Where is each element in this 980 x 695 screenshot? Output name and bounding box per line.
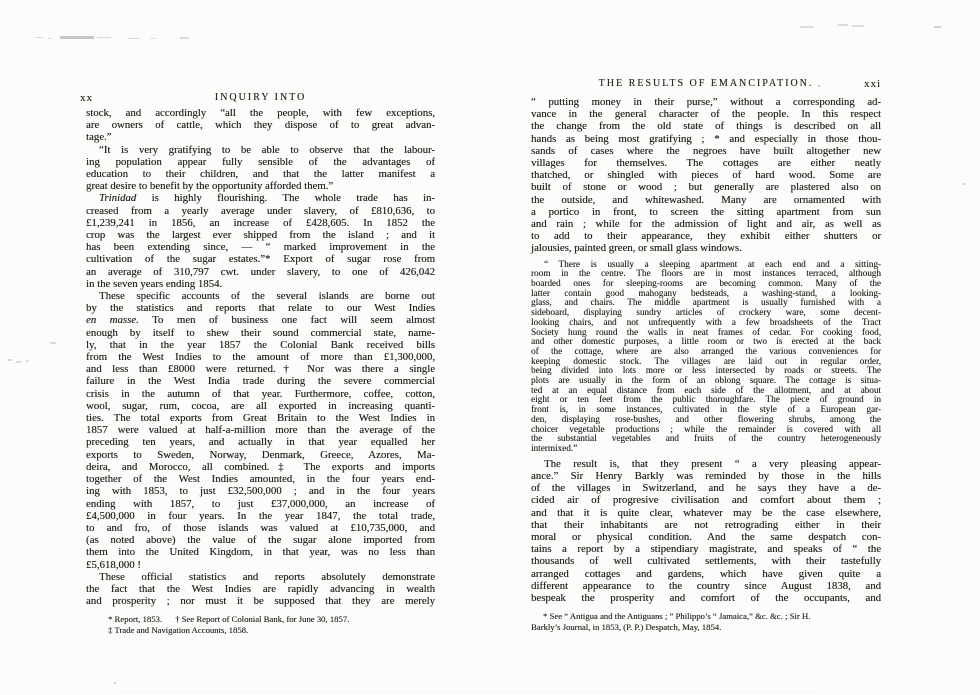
text-line: cultivation of the sugar estates.”* Expo… — [86, 253, 435, 265]
paragraph: stock, and accordingly “all the people, … — [86, 107, 435, 144]
text-line: vance in the general character of the pe… — [531, 108, 881, 120]
scan-artifact — [50, 342, 56, 344]
text-line: the outside, and whitewashed. Many are o… — [531, 194, 881, 206]
paragraph: Trinidad is highly flourishing. The whol… — [86, 192, 435, 290]
paragraph: These official statistics and reports ab… — [86, 571, 435, 608]
text-line: £4,500,000 in four years. In the year 18… — [86, 510, 435, 522]
text-line: crisis in the autumn of that year. Furth… — [86, 388, 435, 400]
text-line: Trinidad is highly flourishing. The whol… — [86, 192, 435, 204]
text-line: ing population appear fully sensible of … — [86, 156, 435, 168]
footnote-line: * Report, 1853. † See Report of Colonial… — [108, 614, 435, 625]
paragraph: These specific accounts of the several i… — [86, 290, 435, 571]
text-line: of the villages in Switzerland, and he s… — [531, 482, 881, 494]
text-line: “It is very gratifying to be able to obs… — [86, 144, 435, 156]
right-running-head: THE RESULTS OF EMANCIPATION. xxi — [531, 78, 881, 92]
text-line: stock, and accordingly “all the people, … — [86, 107, 435, 119]
text-line: to and fro, of those islands was valued … — [86, 522, 435, 534]
paragraph: “ putting money in their purse,” without… — [531, 96, 881, 255]
text-line: jalousies, painted green, or small glass… — [531, 242, 881, 254]
text-line: together of the West Indies amounted, in… — [86, 473, 435, 485]
scan-artifact — [16, 361, 22, 363]
text-line: tains a report by a stipendiary magistra… — [531, 543, 881, 555]
text-line: by the statistics and reports that relat… — [86, 302, 435, 314]
left-running-head: xx INQUIRY INTO — [86, 92, 435, 106]
text-line: The result is, that they present “ a ver… — [531, 458, 881, 470]
left-page-number: xx — [80, 92, 93, 104]
text-line: moral or physical condition. And the sam… — [531, 531, 881, 543]
text-line: them into the United Kingdom, in that ye… — [86, 546, 435, 558]
scan-artifact — [8, 359, 12, 361]
right-running-title: THE RESULTS OF EMANCIPATION. — [531, 78, 881, 89]
text-line: These official statistics and reports ab… — [86, 571, 435, 583]
text-line: 1857 were valued at half-a-million more … — [86, 424, 435, 436]
footnote-line: Barkly’s Journal, in 1853, (P. P.) Despa… — [531, 622, 881, 633]
text-line: “ putting money in their purse,” without… — [531, 96, 881, 108]
paragraph: “It is very gratifying to be able to obs… — [86, 144, 435, 193]
text-line: in the seven years ending 1854. — [86, 278, 435, 290]
text-line: wool, sugar, rum, cocoa, are all exporte… — [86, 400, 435, 412]
text-line: hands as being most gratifying ; * and e… — [531, 133, 881, 145]
text-line: and less than £8000 were returned.† Nor … — [86, 363, 435, 375]
right-page: THE RESULTS OF EMANCIPATION. xxi “ putti… — [531, 0, 881, 695]
text-line: from the West Indies to the amount of mo… — [86, 351, 435, 363]
scan-artifact — [963, 183, 966, 185]
text-line: built of stone or wood ; but generally a… — [531, 181, 881, 193]
text-line: the substantial vegetables and fruits of… — [531, 434, 881, 444]
left-page: xx INQUIRY INTO stock, and accordingly “… — [86, 0, 435, 695]
text-line: thatched, or shingled with pieces of har… — [531, 169, 881, 181]
text-line: great desire to benefit by the opportuni… — [86, 180, 435, 192]
text-line: crop was the largest ever shipped from t… — [86, 229, 435, 241]
text-line: and prosperity ; nor must it be supposed… — [86, 595, 435, 607]
text-line: ties. The total exports from Great Brita… — [86, 412, 435, 424]
text-line: the change from the old state of things … — [531, 120, 881, 132]
scan-artifact — [26, 360, 29, 362]
text-line: deira, and Morocco, all combined.‡ The e… — [86, 461, 435, 473]
text-line: education to their children, and that th… — [86, 168, 435, 180]
text-line: and that it is quite clear, whatever may… — [531, 507, 881, 519]
footnotes: * Report, 1853. † See Report of Colonial… — [86, 614, 435, 636]
text-line: has been extending since, — “ marked imp… — [86, 241, 435, 253]
footnotes: * See “ Antigua and the Antiguans ; ” Ph… — [531, 611, 881, 633]
text-line: different appearance to the country sinc… — [531, 580, 881, 592]
scanned-book-spread: { "left_page": { "page_number": "xx", "r… — [0, 0, 980, 695]
text-line: These specific accounts of the several i… — [86, 290, 435, 302]
text-line: preceding ten years, and actually in tha… — [86, 436, 435, 448]
right-page-number: xxi — [864, 78, 881, 90]
text-line: creased from a yearly average under slav… — [86, 205, 435, 217]
text-line: and rain ; while for the admission of li… — [531, 218, 881, 230]
paragraph: The result is, that they present “ a ver… — [531, 458, 881, 604]
text-line: enough by itself to shew their sound com… — [86, 327, 435, 339]
block-quote: “ There is usually a sleeping apartment … — [531, 260, 881, 454]
text-line: ly, that in the year 1857 the Colonial B… — [86, 339, 435, 351]
text-line: bespeak the prosperity and comfort of th… — [531, 592, 881, 604]
scan-artifact — [48, 38, 52, 39]
text-line: villages for themselves. The cottages ar… — [531, 157, 881, 169]
scan-artifact — [934, 26, 941, 28]
scan-artifact — [35, 37, 43, 38]
text-line: en masse. To men of business one fact wi… — [86, 314, 435, 326]
text-line: an average of 310,797 cwt. under slavery… — [86, 266, 435, 278]
text-line: cided air of progresive civilisation and… — [531, 494, 881, 506]
text-line: exports to Sweden, Norway, Denmark, Gree… — [86, 449, 435, 461]
text-line: intermixed.” — [531, 444, 881, 454]
text-line: tage.” — [86, 131, 435, 143]
footnote-line: * See “ Antigua and the Antiguans ; ” Ph… — [531, 611, 881, 622]
left-running-title: INQUIRY INTO — [86, 92, 435, 103]
text-line: that their inhabitants are not retrograd… — [531, 519, 881, 531]
text-line: are owners of cattle, which they dispose… — [86, 119, 435, 131]
text-line: arranged cottages and gardens, which hav… — [531, 568, 881, 580]
text-line: to add to their appearance, they exhibit… — [531, 230, 881, 242]
text-line: £5,618,000 ! — [86, 559, 435, 571]
text-line: sands of cases where the negroes have bu… — [531, 145, 881, 157]
text-line: £1,239,241 in 1856, an increase of £428,… — [86, 217, 435, 229]
text-line: (as noted above) the value of the sugar … — [86, 534, 435, 546]
text-line: the fact that the West Indies are rapidl… — [86, 583, 435, 595]
left-page-body: stock, and accordingly “all the people, … — [86, 107, 435, 636]
text-line: ance.” Sir Henry Barkly was reminded by … — [531, 470, 881, 482]
text-line: failure in the West India trade during t… — [86, 375, 435, 387]
right-page-body: “ putting money in their purse,” without… — [531, 96, 881, 633]
footnote-line: ‡ Trade and Navigation Accounts, 1858. — [108, 625, 435, 636]
text-line: ing with 1853, to just £32,500,000 ; and… — [86, 485, 435, 497]
text-line: thousands of well cultivated settlements… — [531, 555, 881, 567]
text-line: a portico in front, to screen the sittin… — [531, 206, 881, 218]
text-line: ending with 1857, to just £37,000,000, a… — [86, 498, 435, 510]
